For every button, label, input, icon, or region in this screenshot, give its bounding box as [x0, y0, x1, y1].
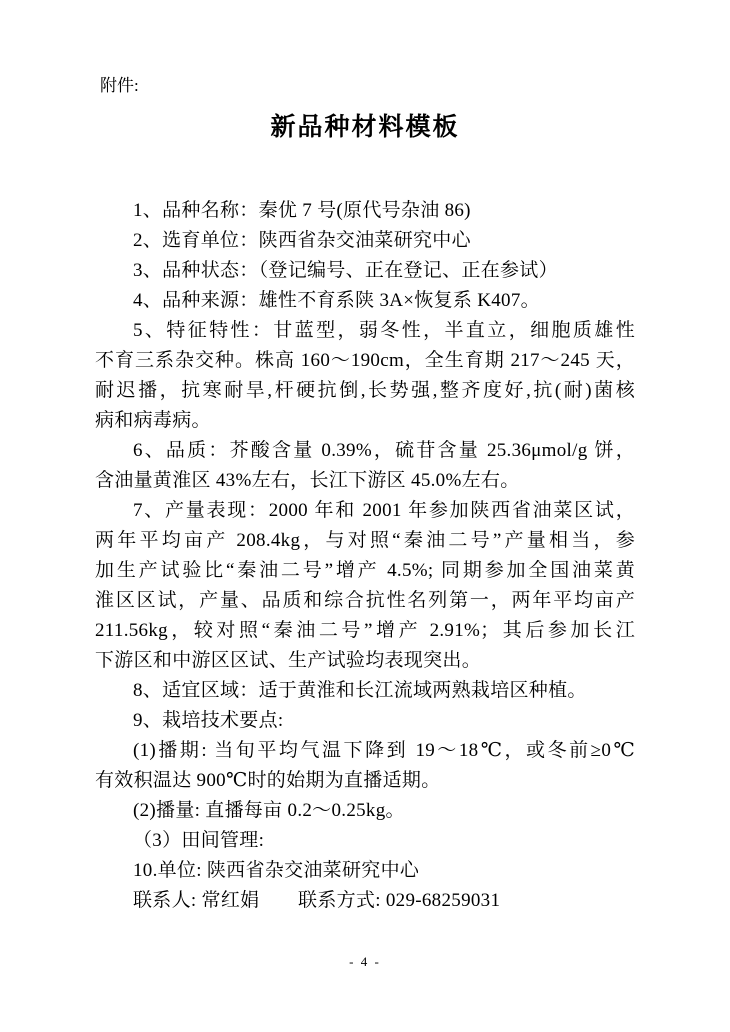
document-line: (2)播量: 直播每亩 0.2～0.25kg。: [95, 796, 635, 826]
document-line: 联系人: 常红娟 联系方式: 029-68259031: [95, 886, 635, 916]
page-number: - 4 -: [0, 952, 730, 972]
document-line: (1)播期: 当旬平均气温下降到 19～18℃，或冬前≥0℃: [95, 736, 635, 766]
document-body: 1、品种名称：秦优 7 号(原代号杂油 86)2、选育单位：陕西省杂交油菜研究中…: [95, 196, 635, 916]
document-line: 3、品种状态：（登记编号、正在登记、正在参试）: [95, 256, 635, 286]
document-line: 211.56kg，较对照“秦油二号”增产 2.91%；其后参加长江: [95, 616, 635, 646]
document-line: 下游区和中游区区试、生产试验均表现突出。: [95, 646, 635, 676]
document-line: 4、品种来源：雄性不育系陕 3A×恢复系 K407。: [95, 286, 635, 316]
document-line: 1、品种名称：秦优 7 号(原代号杂油 86): [95, 196, 635, 226]
document-line: 有效积温达 900℃时的始期为直播适期。: [95, 766, 635, 796]
document-line: 耐迟播，抗寒耐旱,杆硬抗倒,长势强,整齐度好,抗(耐)菌核: [95, 376, 635, 406]
document-line: 2、选育单位：陕西省杂交油菜研究中心: [95, 226, 635, 256]
document-line: 8、适宜区域：适于黄淮和长江流域两熟栽培区种植。: [95, 676, 635, 706]
document-line: 5、特征特性：甘蓝型，弱冬性，半直立，细胞质雄性: [95, 316, 635, 346]
document-line: 病和病毒病。: [95, 406, 635, 436]
document-line: 两年平均亩产 208.4kg，与对照“秦油二号”产量相当，参: [95, 526, 635, 556]
attachment-label: 附件:: [100, 74, 139, 98]
document-line: 加生产试验比“秦油二号”增产 4.5%; 同期参加全国油菜黄: [95, 556, 635, 586]
document-line: 淮区区试，产量、品质和综合抗性名列第一，两年平均亩产: [95, 586, 635, 616]
document-line: （3）田间管理:: [95, 826, 635, 856]
document-line: 10.单位: 陕西省杂交油菜研究中心: [95, 856, 635, 886]
document-line: 含油量黄淮区 43%左右，长江下游区 45.0%左右。: [95, 466, 635, 496]
document-line: 9、栽培技术要点:: [95, 706, 635, 736]
document-page: 附件: 新品种材料模板 1、品种名称：秦优 7 号(原代号杂油 86)2、选育单…: [0, 0, 730, 1032]
document-line: 7、产量表现：2000 年和 2001 年参加陕西省油菜区试，: [95, 496, 635, 526]
document-line: 6、品质：芥酸含量 0.39%，硫苷含量 25.36μmol/g 饼，: [95, 436, 635, 466]
document-line: 不育三系杂交种。株高 160～190cm，全生育期 217～245 天，: [95, 346, 635, 376]
document-title: 新品种材料模板: [95, 110, 635, 146]
